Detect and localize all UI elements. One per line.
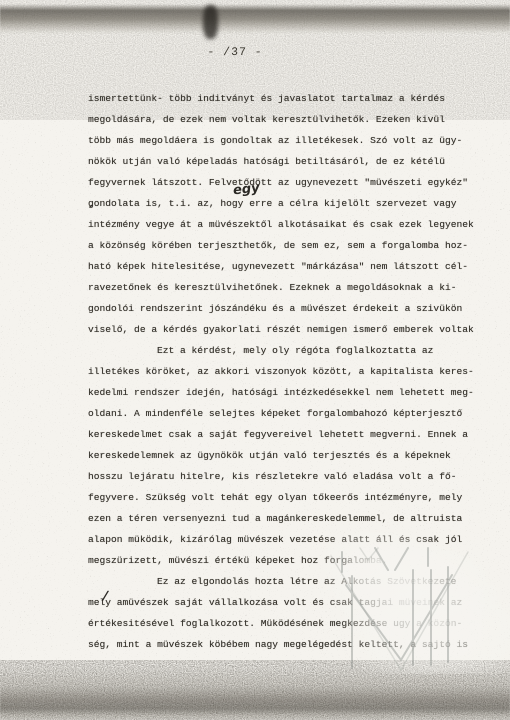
text-line: kereskedelmet csak a saját fegyvereivel … bbox=[88, 424, 488, 445]
text-line: gondolói rendszerint jószándéku és a müv… bbox=[88, 298, 488, 319]
text-line: ezen a téren versenyezni tud a magánkere… bbox=[88, 508, 488, 529]
top-scan-artifact-band bbox=[0, 4, 510, 34]
bottom-scan-artifact-band bbox=[0, 668, 510, 720]
text-line: ség, mint a müvészek köbébem nagy megelé… bbox=[88, 634, 488, 655]
page-number: - /37 - bbox=[0, 46, 470, 59]
text-line: ismertettünk- több inditványt és javasla… bbox=[88, 88, 488, 109]
text-line: hosszu lejáratu hitelre, kis részletekre… bbox=[88, 466, 488, 487]
text-line: mely amüvészek saját vállalkozása volt é… bbox=[88, 592, 488, 613]
text-line: megoldására, de ezek nem voltak keresztü… bbox=[88, 109, 488, 130]
text-line: kedelmi rendszer idején, hatósági intézk… bbox=[88, 382, 488, 403]
text-line: gondolata is, t.i. az, hogy erre a célra… bbox=[88, 193, 488, 214]
text-line: megszürizett, müvészi értékü képeket hoz… bbox=[88, 550, 488, 571]
handwritten-separation-mark: / bbox=[102, 589, 108, 604]
body-text: ismertettünk- több inditványt és javasla… bbox=[88, 88, 488, 655]
text-line: ravezetőnek és keresztülvihetőnek. Ezekn… bbox=[88, 277, 488, 298]
text-line: a közönség körében terjeszthetők, de sem… bbox=[88, 235, 488, 256]
text-line: fegyvernek látszott. Felvetődött az ugyn… bbox=[88, 172, 488, 193]
text-line: nökök utján való képeladás hatósági beti… bbox=[88, 151, 488, 172]
text-line: Ez az elgondolás hozta létre az Alkotás … bbox=[88, 571, 488, 592]
text-line: kereskedelemnek az ügynökök utján való t… bbox=[88, 445, 488, 466]
text-line: fegyvere. Szükség volt tehát egy olyan t… bbox=[88, 487, 488, 508]
top-dark-streak bbox=[203, 5, 218, 39]
text-line: ható képek hitelesitése, ugynevezett "má… bbox=[88, 256, 488, 277]
text-line: alapon müködik, kizárólag müvészek vezet… bbox=[88, 529, 488, 550]
handwritten-insertion-word: egy bbox=[232, 181, 260, 199]
text-line: értékesitésével foglalkozott. Müködéséne… bbox=[88, 613, 488, 634]
scanned-typewritten-page: - /37 - ismertettünk- több inditványt és… bbox=[0, 0, 510, 720]
text-line: több más megoldáera is gondoltak az ille… bbox=[88, 130, 488, 151]
text-line: illetékes köröket, az akkori viszonyok k… bbox=[88, 361, 488, 382]
text-line: viselő, de a kérdés gyakorlati részét ne… bbox=[88, 319, 488, 340]
text-line: intézmény vegye át a müvészektől alkotás… bbox=[88, 214, 488, 235]
text-line: oldani. A mindenféle selejtes képeket fo… bbox=[88, 403, 488, 424]
text-line: Ezt a kérdést, mely oly régóta foglalkoz… bbox=[88, 340, 488, 361]
